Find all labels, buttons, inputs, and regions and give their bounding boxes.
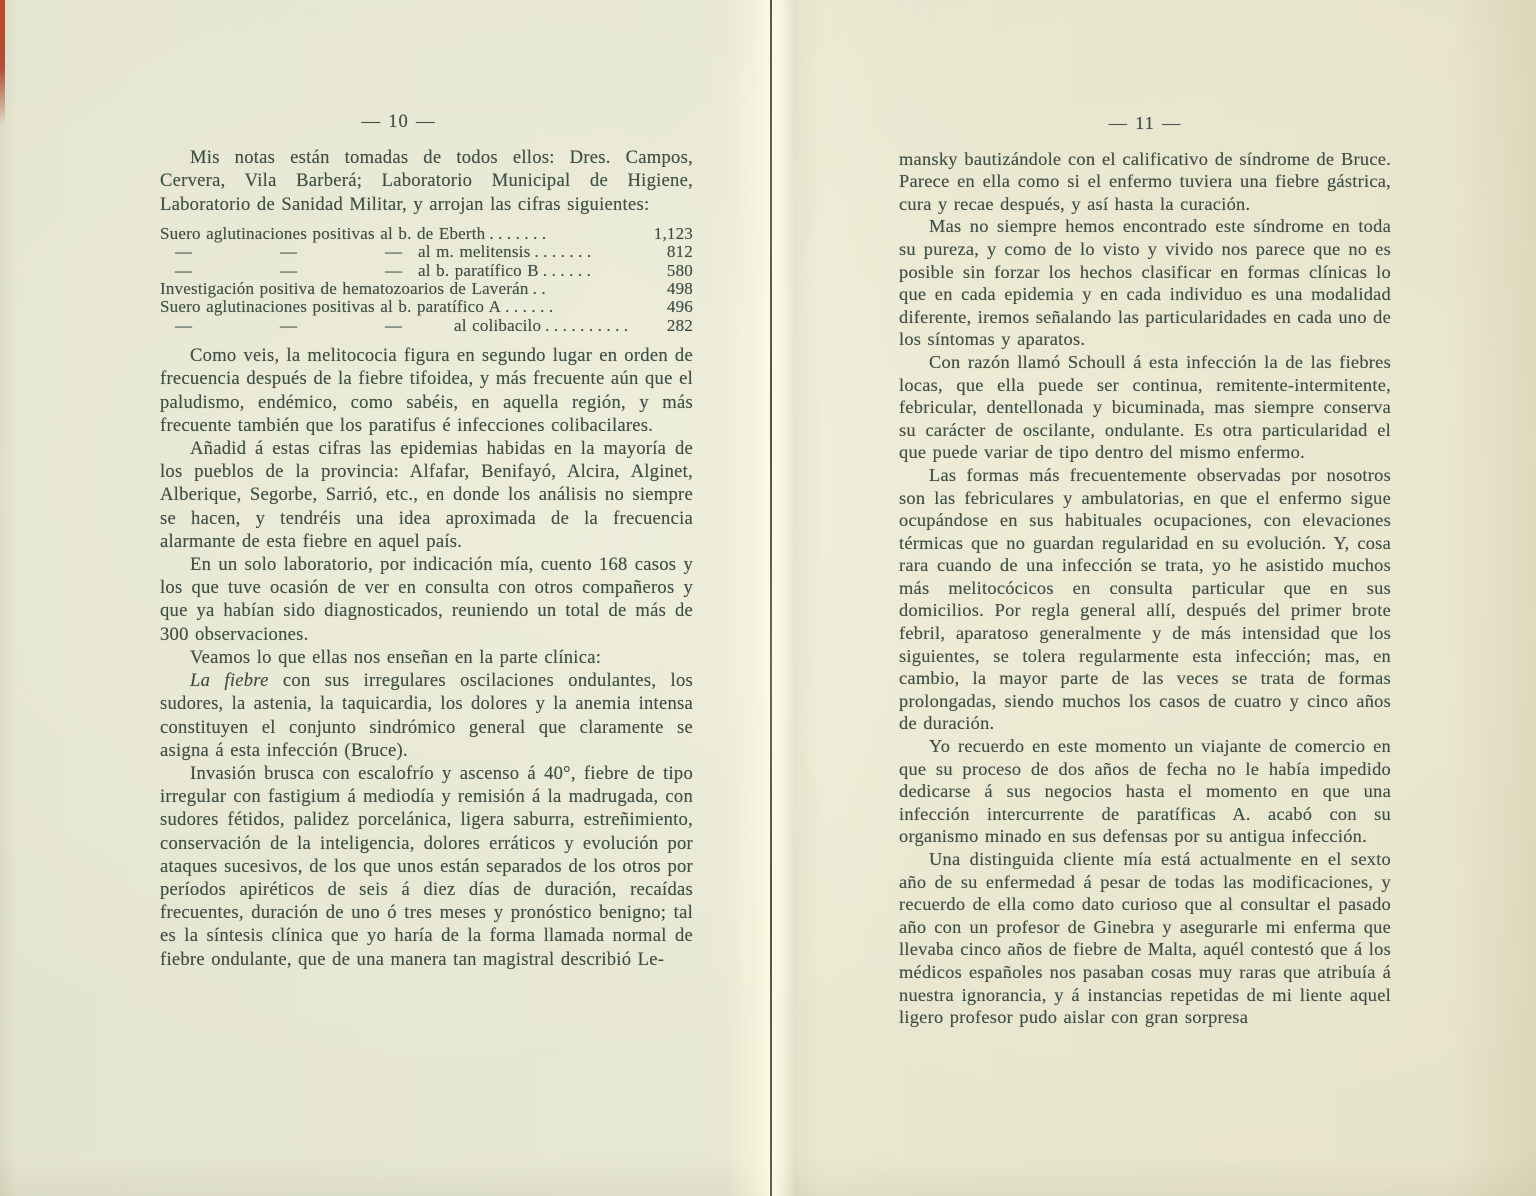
table-row: Investigación positiva de hematozoarios …: [160, 280, 693, 298]
row-leader-dots: ......: [543, 262, 596, 280]
paragraph-mansky: mansky bautizándole con el calificativo …: [899, 148, 1391, 216]
ditto-dash: —: [385, 317, 418, 335]
row-label: al b. paratífico B: [418, 262, 539, 280]
table-row: Suero aglutinaciones positivas al b. par…: [160, 298, 693, 316]
paragraph-yo-recuerdo: Yo recuerdo en este momento un viajante …: [899, 735, 1391, 848]
ditto-dash: —: [175, 262, 280, 280]
row-value: 496: [641, 298, 693, 316]
book-scan: — 10 — Mis notas están tomadas de todos …: [0, 0, 1536, 1196]
row-leader-dots: ..........: [545, 317, 633, 335]
paragraph-anadid: Añadid á estas cifras las epidemias habi…: [160, 437, 693, 553]
paragraph-mas-no-siempre: Mas no siempre hemos encontrado este sín…: [899, 215, 1391, 351]
paragraph-en-un-solo: En un solo laboratorio, por indicación m…: [160, 553, 693, 646]
row-leader-dots: .......: [534, 243, 595, 261]
table-row: — — — al b. paratífico B...... 580: [160, 262, 693, 280]
ditto-dash: —: [280, 262, 385, 280]
row-value: 498: [641, 280, 693, 298]
row-label: Suero aglutinaciones positivas al b. de …: [160, 225, 485, 243]
row-leader-dots: .......: [489, 225, 550, 243]
paragraph-una-distinguida: Una distinguida cliente mía está actualm…: [899, 848, 1391, 1029]
paragraph-las-formas: Las formas más frecuentemente observadas…: [899, 464, 1391, 735]
ditto-dash: —: [280, 243, 385, 261]
paragraph-invasion: Invasión brusca con escalofrío y ascenso…: [160, 762, 693, 971]
row-leader-dots: ......: [505, 298, 558, 316]
page-number-left: — 10 —: [132, 110, 665, 133]
row-value: 1,123: [641, 225, 693, 243]
binding-crease-line: [770, 0, 772, 1196]
paragraph-la-fiebre: La fiebre con sus irregulares oscilacion…: [160, 669, 693, 762]
binding-gutter: [726, 0, 822, 1196]
table-row: — — — al colibacilo.......... 282: [160, 317, 693, 335]
row-value: 282: [641, 317, 693, 335]
paragraph-veamos: Veamos lo que ellas nos enseñan en la pa…: [160, 646, 693, 669]
scan-edge-red-strip: [0, 0, 5, 125]
ditto-dash: —: [280, 317, 385, 335]
ditto-dash: —: [175, 317, 280, 335]
page-number-right: — 11 —: [899, 112, 1391, 135]
ditto-dash: —: [385, 262, 418, 280]
paragraph-con-razon: Con razón llamó Schoull á esta infección…: [899, 351, 1391, 464]
row-leader-dots: ..: [533, 280, 551, 298]
table-row: — — — al m. melitensis....... 812: [160, 243, 693, 261]
row-label: Suero aglutinaciones positivas al b. par…: [160, 298, 501, 316]
row-label: al m. melitensis: [418, 243, 530, 261]
la-fiebre-italic-lead: La fiebre: [190, 670, 269, 691]
aglutination-table: Suero aglutinaciones positivas al b. de …: [160, 225, 693, 335]
row-value: 580: [641, 262, 693, 280]
row-value: 812: [641, 243, 693, 261]
page-right: — 11 — mansky bautizándole con el califi…: [899, 112, 1391, 1029]
paragraph-como-veis: Como veis, la melitococia figura en segu…: [160, 344, 693, 437]
paragraph-intro: Mis notas están tomadas de todos ellos: …: [160, 146, 693, 216]
ditto-dash: —: [385, 243, 418, 261]
ditto-dash: —: [175, 243, 280, 261]
row-label: Investigación positiva de hematozoarios …: [160, 280, 529, 298]
table-row: Suero aglutinaciones positivas al b. de …: [160, 225, 693, 243]
row-label: al colibacilo: [454, 317, 541, 335]
page-left: — 10 — Mis notas están tomadas de todos …: [160, 110, 693, 971]
